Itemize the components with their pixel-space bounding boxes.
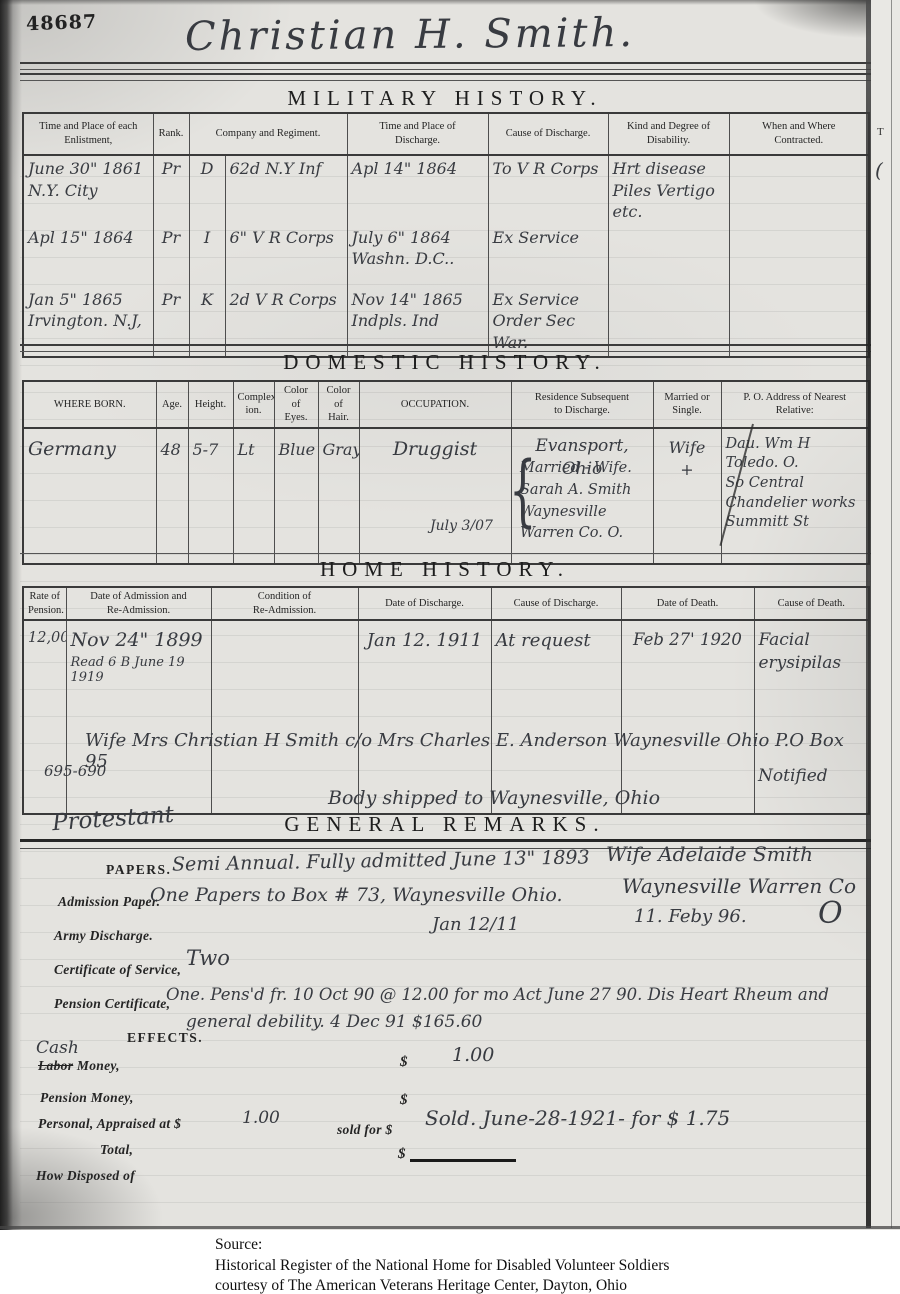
col-header-cause-discharge: Cause of Discharge.	[488, 113, 608, 155]
cause-cell: To V R Corps	[488, 155, 608, 225]
admission-paper-value: One Papers to Box # 73, Waynesville Ohio…	[150, 884, 563, 906]
cause-cell: Ex Service	[488, 225, 608, 287]
dollar-sign: $	[400, 1092, 408, 1109]
regiment-cell: 62d N.Y Inf	[225, 155, 347, 225]
col-header-po-address: P. O. Address of Nearest Relative:	[721, 381, 869, 428]
col-header-residence: Residence Subsequent to Discharge.	[511, 381, 653, 428]
money-label: Money,	[73, 1058, 120, 1073]
col-header-age: Age.	[156, 381, 188, 428]
contracted-cell	[729, 155, 869, 225]
enlistment-cell: Apl 15" 1864	[23, 225, 153, 287]
body-shipped-note: Body shipped to Waynesville, Ohio	[328, 787, 660, 809]
eyes-cell: Blue	[274, 428, 318, 564]
military-history-table: Time and Place of each Enlistment, Rank.…	[22, 112, 870, 358]
adjacent-writing-fragment: (	[875, 158, 883, 182]
col-header-eyes: Color of Eyes.	[274, 381, 318, 428]
source-label: Source:	[215, 1236, 669, 1255]
disability-cell	[608, 225, 729, 287]
papers-label: PAPERS.	[106, 862, 171, 878]
dollar-sign: $	[400, 1054, 408, 1071]
military-row: Apl 15" 1864 Pr I 6" V R Corps July 6" 1…	[23, 225, 869, 287]
admission-paper-label: Admission Paper.	[58, 894, 160, 910]
domestic-history-table: WHERE BORN. Age. Height. Complex- ion. C…	[22, 380, 870, 565]
age-cell: 48	[156, 428, 188, 564]
labor-strikethrough: Labor	[38, 1058, 73, 1073]
disability-cell: Hrt disease Piles Vertigo etc.	[608, 155, 729, 225]
personal-appraised-value: 1.00	[242, 1108, 280, 1128]
adjacent-page-sliver: T (	[871, 0, 900, 1228]
col-header-condition: Condition of Re-Admission.	[211, 587, 358, 620]
papers-right-note: Wife Adelaide Smith	[606, 842, 813, 866]
divider-rule	[20, 62, 900, 70]
army-discharge-label: Army Discharge.	[54, 928, 153, 944]
source-line: courtesy of The American Veterans Herita…	[215, 1277, 669, 1294]
military-history-title: MILITARY HISTORY.	[22, 86, 868, 111]
complexion-cell: Lt	[233, 428, 274, 564]
home-discharge-cell: Jan 12. 1911	[358, 620, 491, 814]
col-header-contracted: When and Where Contracted.	[729, 113, 869, 155]
domestic-history-title: DOMESTIC HISTORY.	[22, 350, 868, 375]
pension-certificate-value2: general debility. 4 Dec 91 $165.60	[186, 1012, 482, 1032]
col-header-date-death: Date of Death.	[621, 587, 754, 620]
pension-certificate-label: Pension Certificate,	[54, 996, 170, 1012]
pension-money-label: Pension Money,	[40, 1090, 134, 1106]
col-header-discharge: Time and Place of Discharge.	[347, 113, 488, 155]
personal-appraised-label: Personal, Appraised at $	[38, 1116, 181, 1132]
case-number-note: 695-690	[44, 762, 106, 780]
admission-date: Nov 24" 1899	[71, 623, 207, 651]
domestic-row: Germany 48 5-7 Lt Blue Gray Druggist Eva…	[23, 428, 869, 564]
register-number: 48687	[26, 11, 98, 35]
discharge-cell: July 6" 1864 Washn. D.C..	[347, 225, 488, 287]
col-header-rank: Rank.	[153, 113, 189, 155]
condition-cell	[211, 620, 358, 814]
general-remarks-title: GENERAL REMARKS.	[22, 812, 868, 837]
regiment-cell: 6" V R Corps	[225, 225, 347, 287]
col-header-married: Married or Single.	[653, 381, 721, 428]
date-note: July 3/07	[430, 518, 493, 534]
divider-rule	[20, 73, 900, 81]
military-row: June 30" 1861 N.Y. City Pr D 62d N.Y Inf…	[23, 155, 869, 225]
col-header-admission: Date of Admission and Re-Admission.	[66, 587, 211, 620]
col-header-home-cause: Cause of Discharge.	[491, 587, 621, 620]
col-header-disability: Kind and Degree of Disability.	[608, 113, 729, 155]
readmission-note: Read 6 B June 19 1919	[71, 651, 207, 685]
col-header-rate-pension: Rate of Pension.	[23, 587, 66, 620]
col-header-complexion: Complex- ion.	[233, 381, 274, 428]
po-address-cell: Dau. Wm H Toledo. O. So Central Chandeli…	[721, 428, 869, 564]
total-label: Total,	[100, 1142, 133, 1158]
height-cell: 5-7	[188, 428, 233, 564]
col-header-cause-death: Cause of Death.	[754, 587, 869, 620]
notified-note: Notified	[758, 766, 828, 786]
adjacent-header-fragment: T	[877, 126, 884, 138]
how-disposed-label: How Disposed of	[36, 1168, 135, 1184]
total-amount-line	[410, 1159, 516, 1162]
circle-mark: O	[818, 896, 843, 931]
home-history-table: Rate of Pension. Date of Admission and R…	[22, 586, 870, 815]
col-header-hair: Color of Hair.	[318, 381, 359, 428]
occupation-cell: Druggist	[359, 428, 511, 564]
company-cell: I	[189, 225, 225, 287]
residence-note: Married - Wife. Sarah A. Smith Waynesvil…	[520, 458, 650, 545]
army-discharge-value: Jan 12/11	[432, 914, 519, 935]
divider-rule	[20, 553, 900, 554]
married-single-cell: Wife +	[653, 428, 721, 564]
labor-money-label: Labor Money,	[38, 1058, 120, 1074]
cash-correction: Cash	[36, 1038, 79, 1058]
army-discharge-right: 11. Feby 96.	[634, 906, 747, 927]
admission-right-note: Waynesville Warren Co	[622, 874, 856, 898]
wife-contact-note: Wife Mrs Christian H Smith c/o Mrs Charl…	[85, 730, 865, 772]
col-header-enlistment: Time and Place of each Enlistment,	[23, 113, 153, 155]
source-caption: Source: Historical Register of the Natio…	[215, 1236, 669, 1294]
sold-for-label: sold for $	[337, 1122, 393, 1138]
source-line: Historical Register of the National Home…	[215, 1257, 669, 1276]
labor-money-value: 1.00	[452, 1044, 494, 1066]
certificate-service-value: Two	[186, 946, 230, 970]
col-header-height: Height.	[188, 381, 233, 428]
home-history-title: HOME HISTORY.	[22, 557, 868, 582]
pension-certificate-value: One. Pens'd fr. 10 Oct 90 @ 12.00 for mo…	[166, 985, 829, 1004]
adjacent-page-rule	[891, 0, 892, 1228]
paper-bottom-edge	[0, 1226, 900, 1229]
discharge-cell: Apl 14" 1864	[347, 155, 488, 225]
contracted-cell	[729, 225, 869, 287]
register-page-scan: 48687 Christian H. Smith. MILITARY HISTO…	[0, 0, 900, 1294]
sold-value: Sold. June-28-1921- for $ 1.75	[425, 1106, 865, 1130]
enlistment-cell: June 30" 1861 N.Y. City	[23, 155, 153, 225]
home-row: 12,00 Nov 24" 1899 Read 6 B June 19 1919…	[23, 620, 869, 814]
col-header-home-discharge: Date of Discharge.	[358, 587, 491, 620]
admission-cell: Nov 24" 1899 Read 6 B June 19 1919	[66, 620, 211, 814]
rank-cell: Pr	[153, 225, 189, 287]
hair-cell: Gray	[318, 428, 359, 564]
where-born-cell: Germany	[23, 428, 156, 564]
company-cell: D	[189, 155, 225, 225]
rate-pension-cell: 12,00	[23, 620, 66, 814]
veteran-name: Christian H. Smith.	[150, 10, 670, 61]
certificate-service-label: Certificate of Service,	[54, 962, 181, 978]
date-death-cell: Feb 27' 1920	[621, 620, 754, 814]
col-header-where-born: WHERE BORN.	[23, 381, 156, 428]
col-header-occupation: OCCUPATION.	[359, 381, 511, 428]
home-cause-cell: At request	[491, 620, 621, 814]
effects-title: EFFECTS.	[127, 1030, 203, 1046]
rank-cell: Pr	[153, 155, 189, 225]
col-header-company-regiment: Company and Regiment.	[189, 113, 347, 155]
dollar-sign: $	[398, 1146, 406, 1163]
